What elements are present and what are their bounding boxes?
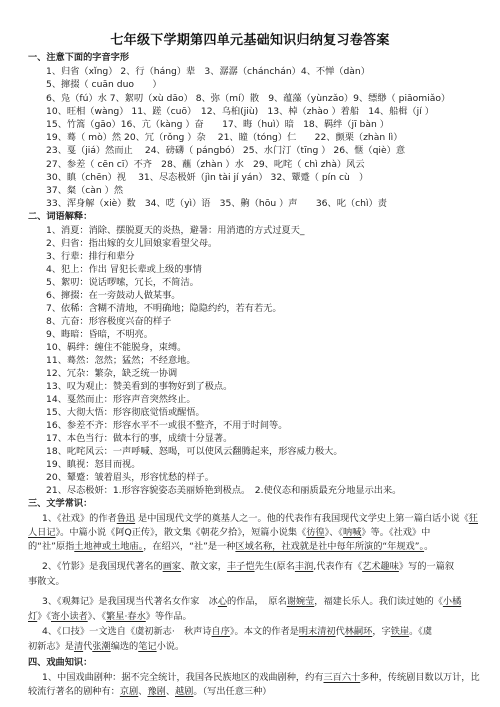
list-item: 20、颦蹙：皱着眉头，形容忧愁的样子。 bbox=[46, 472, 214, 484]
list-item: 18、叱咤风云：一声呼喊、怒喝，可以使风云翻腾起来，形容威力极大。 bbox=[46, 446, 343, 458]
answer-blank: 谢婉莹 bbox=[287, 596, 315, 607]
answer-blank: 越剧 bbox=[175, 686, 193, 697]
paragraph-line: 4、《口技》一文选自《虞初新志· 秋声诗自序》。本文的作者是明末清初代林嗣环，字… bbox=[42, 626, 492, 638]
text: 》、《 bbox=[88, 611, 106, 622]
text: 编选的 bbox=[111, 641, 139, 652]
answer-blank: 画家 bbox=[163, 561, 181, 572]
answer-blank: 区域名称，社戏就是社中每年所演的“年规戏”。 bbox=[235, 541, 424, 552]
text: 是中国现代文学的奠基人之一。他的代表作有我国现代文学史上第一篇白话小说《 bbox=[135, 513, 469, 524]
list-item: 15、大彻大悟：形容彻底觉悟或醒悟。 bbox=[46, 407, 205, 419]
text: 1、《社戏》的作者 bbox=[42, 513, 117, 524]
answer-blank: 人日记 bbox=[28, 527, 56, 538]
paragraph-line: 初新志》是清代张潮编选的笔记小说。 bbox=[28, 641, 478, 653]
text: 小说。 bbox=[157, 641, 185, 652]
answer-blank: 土地神或土地庙。 bbox=[74, 541, 143, 552]
answer-blank: 铁崖 bbox=[391, 626, 409, 637]
list-item: 17、本色当行：做本行的事，成绩十分显著。 bbox=[46, 433, 232, 445]
list-item: 6、凫（fú）水 7、絮叨（xù dāo） 8、弥（mí）散 9、蕴藻（yùnz… bbox=[46, 93, 450, 105]
text: 》、《 bbox=[325, 527, 343, 538]
paragraph-line: 灯》《寄小读者》、《繁星·春水》等作品。 bbox=[28, 611, 478, 623]
paragraph-line: 事散文。 bbox=[28, 576, 478, 588]
answer-blank: 清 bbox=[74, 641, 83, 652]
list-item: 16、参差不齐：形容水平不一或很不整齐，不用于时间等。 bbox=[46, 420, 287, 432]
paragraph-line: 2、《竹影》是我国现代著名的画家、散文家，丰子恺先生(原名丰润,代表作有《艺术趣… bbox=[42, 561, 492, 573]
list-item: 13、叹为观止：赞美看到的事物好到了极点。 bbox=[46, 381, 232, 393]
answer-blank: 张潮 bbox=[92, 641, 110, 652]
list-item: 12、冗杂：繁杂，缺乏统一协调 bbox=[46, 368, 177, 380]
list-item: 9、晦暗：昏暗，不明亮。 bbox=[46, 329, 153, 341]
list-item: 19、瞋视：怒目而视。 bbox=[46, 459, 140, 471]
answer-blank: 灯 bbox=[28, 611, 37, 622]
list-item: 3、行辈：排行和辈分 bbox=[46, 251, 135, 263]
list-item: 27、参差（ cēn cī）不齐 28、蘸（zhàn ）水 29、叱咤（ chì… bbox=[46, 159, 365, 171]
text: 先生(原名 bbox=[255, 561, 295, 572]
answer-blank: 丰润 bbox=[295, 561, 313, 572]
answer-blank: 明末清初 bbox=[299, 626, 336, 637]
list-item: 11、蓦然：忽然；猛然；不经意地。 bbox=[46, 355, 196, 367]
text: ，字 bbox=[372, 626, 390, 637]
answer-blank: 丰子恺 bbox=[227, 561, 255, 572]
list-item: 4、犯上：作出 冒犯长辈或上级的事情 bbox=[46, 264, 202, 276]
answer-blank: 京剧 bbox=[120, 686, 138, 697]
list-item: 2、归省：指出嫁的女儿回娘家看望父母。 bbox=[46, 238, 217, 250]
list-item: 23、戛（jiá）然而止 24、磅礴（ pángbó） 25、水门汀（tīng … bbox=[46, 145, 405, 157]
answer-blank: 狂 bbox=[469, 513, 478, 524]
paragraph-line: 3、《观舞记》是我国现当代著名女作家 冰心的作品， 原名谢婉莹，福建长乐人。我们… bbox=[42, 596, 492, 608]
list-item: 33、浑身解（xiè）数 34、呓（yì）语 35、齁（hōu ）声 36、叱（… bbox=[46, 198, 387, 210]
list-item: 5、撺掇（ cuān duo ） bbox=[46, 79, 162, 91]
text: 1、中国戏曲剧种：据不完全统计，我国各民族地区的戏曲剧种，约有 bbox=[42, 672, 323, 683]
answer-blank: 呐喊 bbox=[343, 527, 361, 538]
text: 。 bbox=[424, 541, 433, 552]
text: 》写的一篇叙 bbox=[399, 561, 454, 572]
paragraph-line: 1、《社戏》的作者鲁迅 是中国现代文学的奠基人之一。他的代表作有我国现代文学史上… bbox=[42, 513, 492, 525]
answer-blank: 三百六十 bbox=[323, 672, 360, 683]
text: 、 bbox=[166, 686, 175, 697]
list-item: 10、羁绊：缠住不能脱身，束缚。 bbox=[46, 342, 186, 354]
list-item: 8、亢奋：形容极度兴奋的样子 bbox=[46, 316, 171, 328]
text: 》。中篇小说《阿Q正传》，散文集《朝花夕拾》，短篇小说集《 bbox=[56, 527, 307, 538]
text: 》等作品。 bbox=[146, 611, 192, 622]
text: 代 bbox=[83, 641, 92, 652]
answer-blank: 林嗣环 bbox=[345, 626, 373, 637]
text: ，福建长乐人。我们读过她的《 bbox=[314, 596, 443, 607]
text: 3、《观舞记》是我国现当代著名女作家 冰 bbox=[42, 596, 218, 607]
list-item: 5、絮叨：说话啰嗦，冗长，不简洁。 bbox=[46, 277, 199, 289]
section-heading-vocabulary: 二、词语解释： bbox=[28, 211, 92, 223]
list-item: 1、归省（xǐng） 2、行（háng）辈 3、潺潺（chánchán）4、不惮… bbox=[46, 66, 370, 78]
list-item: 1、消夏：消除、摆脱夏天的炎热，避暑：用消遣的方式过夏天_ bbox=[46, 225, 305, 237]
text: ，在绍兴，“社”是一种 bbox=[143, 541, 235, 552]
paragraph-line: 1、中国戏曲剧种：据不完全统计，我国各民族地区的戏曲剧种，约有三百六十多种，传统… bbox=[42, 672, 492, 684]
list-item: 19、蓦（ mò）然 20、冗（rǒng ）杂 21、瞳（tóng）仁 22、颤… bbox=[46, 132, 402, 144]
text: 较流行著名的剧种有： bbox=[28, 686, 120, 697]
text: 的“社”原指 bbox=[28, 541, 74, 552]
text: 》等。《社戏》中 bbox=[361, 527, 430, 538]
list-item: 30、瞋（chēn）视 31、尽态极妍（jìn tài jí yán） 32、颦… bbox=[46, 172, 368, 184]
text: 的作品， 原名 bbox=[227, 596, 287, 607]
text: 2、《竹影》是我国现代著名的 bbox=[42, 561, 163, 572]
answer-blank: 笔记 bbox=[138, 641, 156, 652]
section-heading-pronunciation: 一、注意下面的字音字形 bbox=[28, 52, 129, 64]
section-heading-opera: 四、戏曲知识： bbox=[28, 657, 92, 669]
list-item: 10、旺相（wàng） 11、蹉（cuō） 12、乌桕(jiù) 13、棹（zh… bbox=[46, 106, 434, 118]
answer-blank: 豫剧 bbox=[147, 686, 165, 697]
section-heading-literature: 三、文学常识： bbox=[28, 498, 92, 510]
answer-blank: 彷徨 bbox=[306, 527, 324, 538]
document-page: 七年级下学期第四单元基础知识归纳复习卷答案 一、注意下面的字音字形 1、归省（x… bbox=[0, 0, 500, 707]
list-item: 37、粲（càn ）然 bbox=[46, 185, 123, 197]
answer-blank: 自序 bbox=[212, 626, 230, 637]
paragraph-line: 人日记》。中篇小说《阿Q正传》，散文集《朝花夕拾》，短篇小说集《彷徨》、《呐喊》… bbox=[28, 527, 478, 539]
answer-blank: 心 bbox=[218, 596, 227, 607]
text: 代 bbox=[336, 626, 345, 637]
answer-blank: 小橘 bbox=[443, 596, 461, 607]
text: 。（写出任意三种） bbox=[193, 686, 271, 697]
answer-blank: 鲁迅 bbox=[117, 513, 135, 524]
answer-blank: 繁星·春水 bbox=[106, 611, 146, 622]
list-item: 21、尽态极妍：1.形容容貌姿态美丽娇艳到极点。 2.使仪态和丽质最充分地显示出… bbox=[46, 485, 401, 497]
text: 》。本文的作者是 bbox=[230, 626, 299, 637]
answer-blank: 寄小读者 bbox=[51, 611, 88, 622]
text: 、散文家， bbox=[181, 561, 227, 572]
text: 》《 bbox=[37, 611, 51, 622]
paragraph-line: 的“社”原指土地神或土地庙。，在绍兴，“社”是一种区域名称，社戏就是社中每年所演… bbox=[28, 541, 478, 553]
list-item: 14、戛然而止：形容声音突然终止。 bbox=[46, 394, 196, 406]
text: 多种，传统剧目数以万计，比 bbox=[360, 672, 479, 683]
text: 4、《口技》一文选自《虞初新志· 秋声诗 bbox=[42, 626, 212, 637]
answer-blank: 艺术趣味 bbox=[362, 561, 399, 572]
text: ,代表作有《 bbox=[313, 561, 362, 572]
list-item: 6、撺掇：在一旁鼓动人做某事。 bbox=[46, 290, 180, 302]
list-item: 7、依稀：含糊不清地，不明确地；隐隐约约，若有若无。 bbox=[46, 303, 282, 315]
text: 初新志》是 bbox=[28, 641, 74, 652]
list-item: 15、竹篙（gāo）16、亢（kàng ）奋 17、晦（huì）暗 18、羁绊（… bbox=[46, 119, 389, 131]
paragraph-line: 较流行著名的剧种有：京剧、豫剧、越剧。（写出任意三种） bbox=[28, 686, 478, 698]
document-title: 七年级下学期第四单元基础知识归纳复习卷答案 bbox=[0, 29, 500, 48]
text: 。《虞 bbox=[409, 626, 432, 637]
